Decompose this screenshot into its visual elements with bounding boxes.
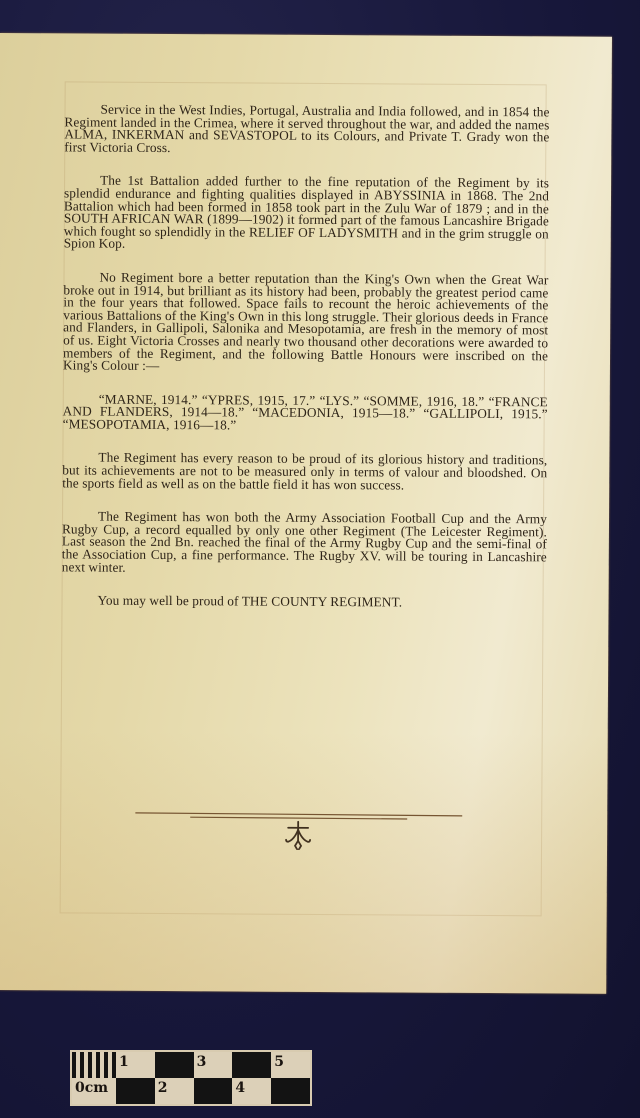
fleuron-ornament-icon xyxy=(135,779,465,851)
body-text: Service in the West Indies, Portugal, Au… xyxy=(61,103,549,631)
battle-honours: “MARNE, 1914.” “YPRES, 1915, 17.” “LYS.”… xyxy=(63,393,548,434)
document-page: Service in the West Indies, Portugal, Au… xyxy=(0,33,612,994)
scale-label-3: 3 xyxy=(197,1054,207,1070)
scale-label-1: 1 xyxy=(119,1054,129,1070)
closing-line: You may well be proud of THE COUNTY REGI… xyxy=(61,595,546,611)
scale-unit-label: 0cm xyxy=(75,1080,108,1096)
scale-ticks xyxy=(72,1052,116,1078)
scale-label-4: 4 xyxy=(235,1080,245,1096)
paragraph-crimea: Service in the West Indies, Portugal, Au… xyxy=(64,103,549,156)
scale-label-2: 2 xyxy=(158,1080,168,1096)
paragraph-traditions: The Regiment has every reason to be prou… xyxy=(62,452,547,493)
paragraph-great-war: No Regiment bore a better reputation tha… xyxy=(63,271,549,375)
scale-bar: 1 3 5 0cm 2 4 xyxy=(70,1050,312,1106)
paragraph-sports: The Regiment has won both the Army Assoc… xyxy=(62,511,547,577)
paragraph-abyssinia: The 1st Battalion added further to the f… xyxy=(64,175,549,254)
scale-label-5: 5 xyxy=(274,1054,284,1070)
